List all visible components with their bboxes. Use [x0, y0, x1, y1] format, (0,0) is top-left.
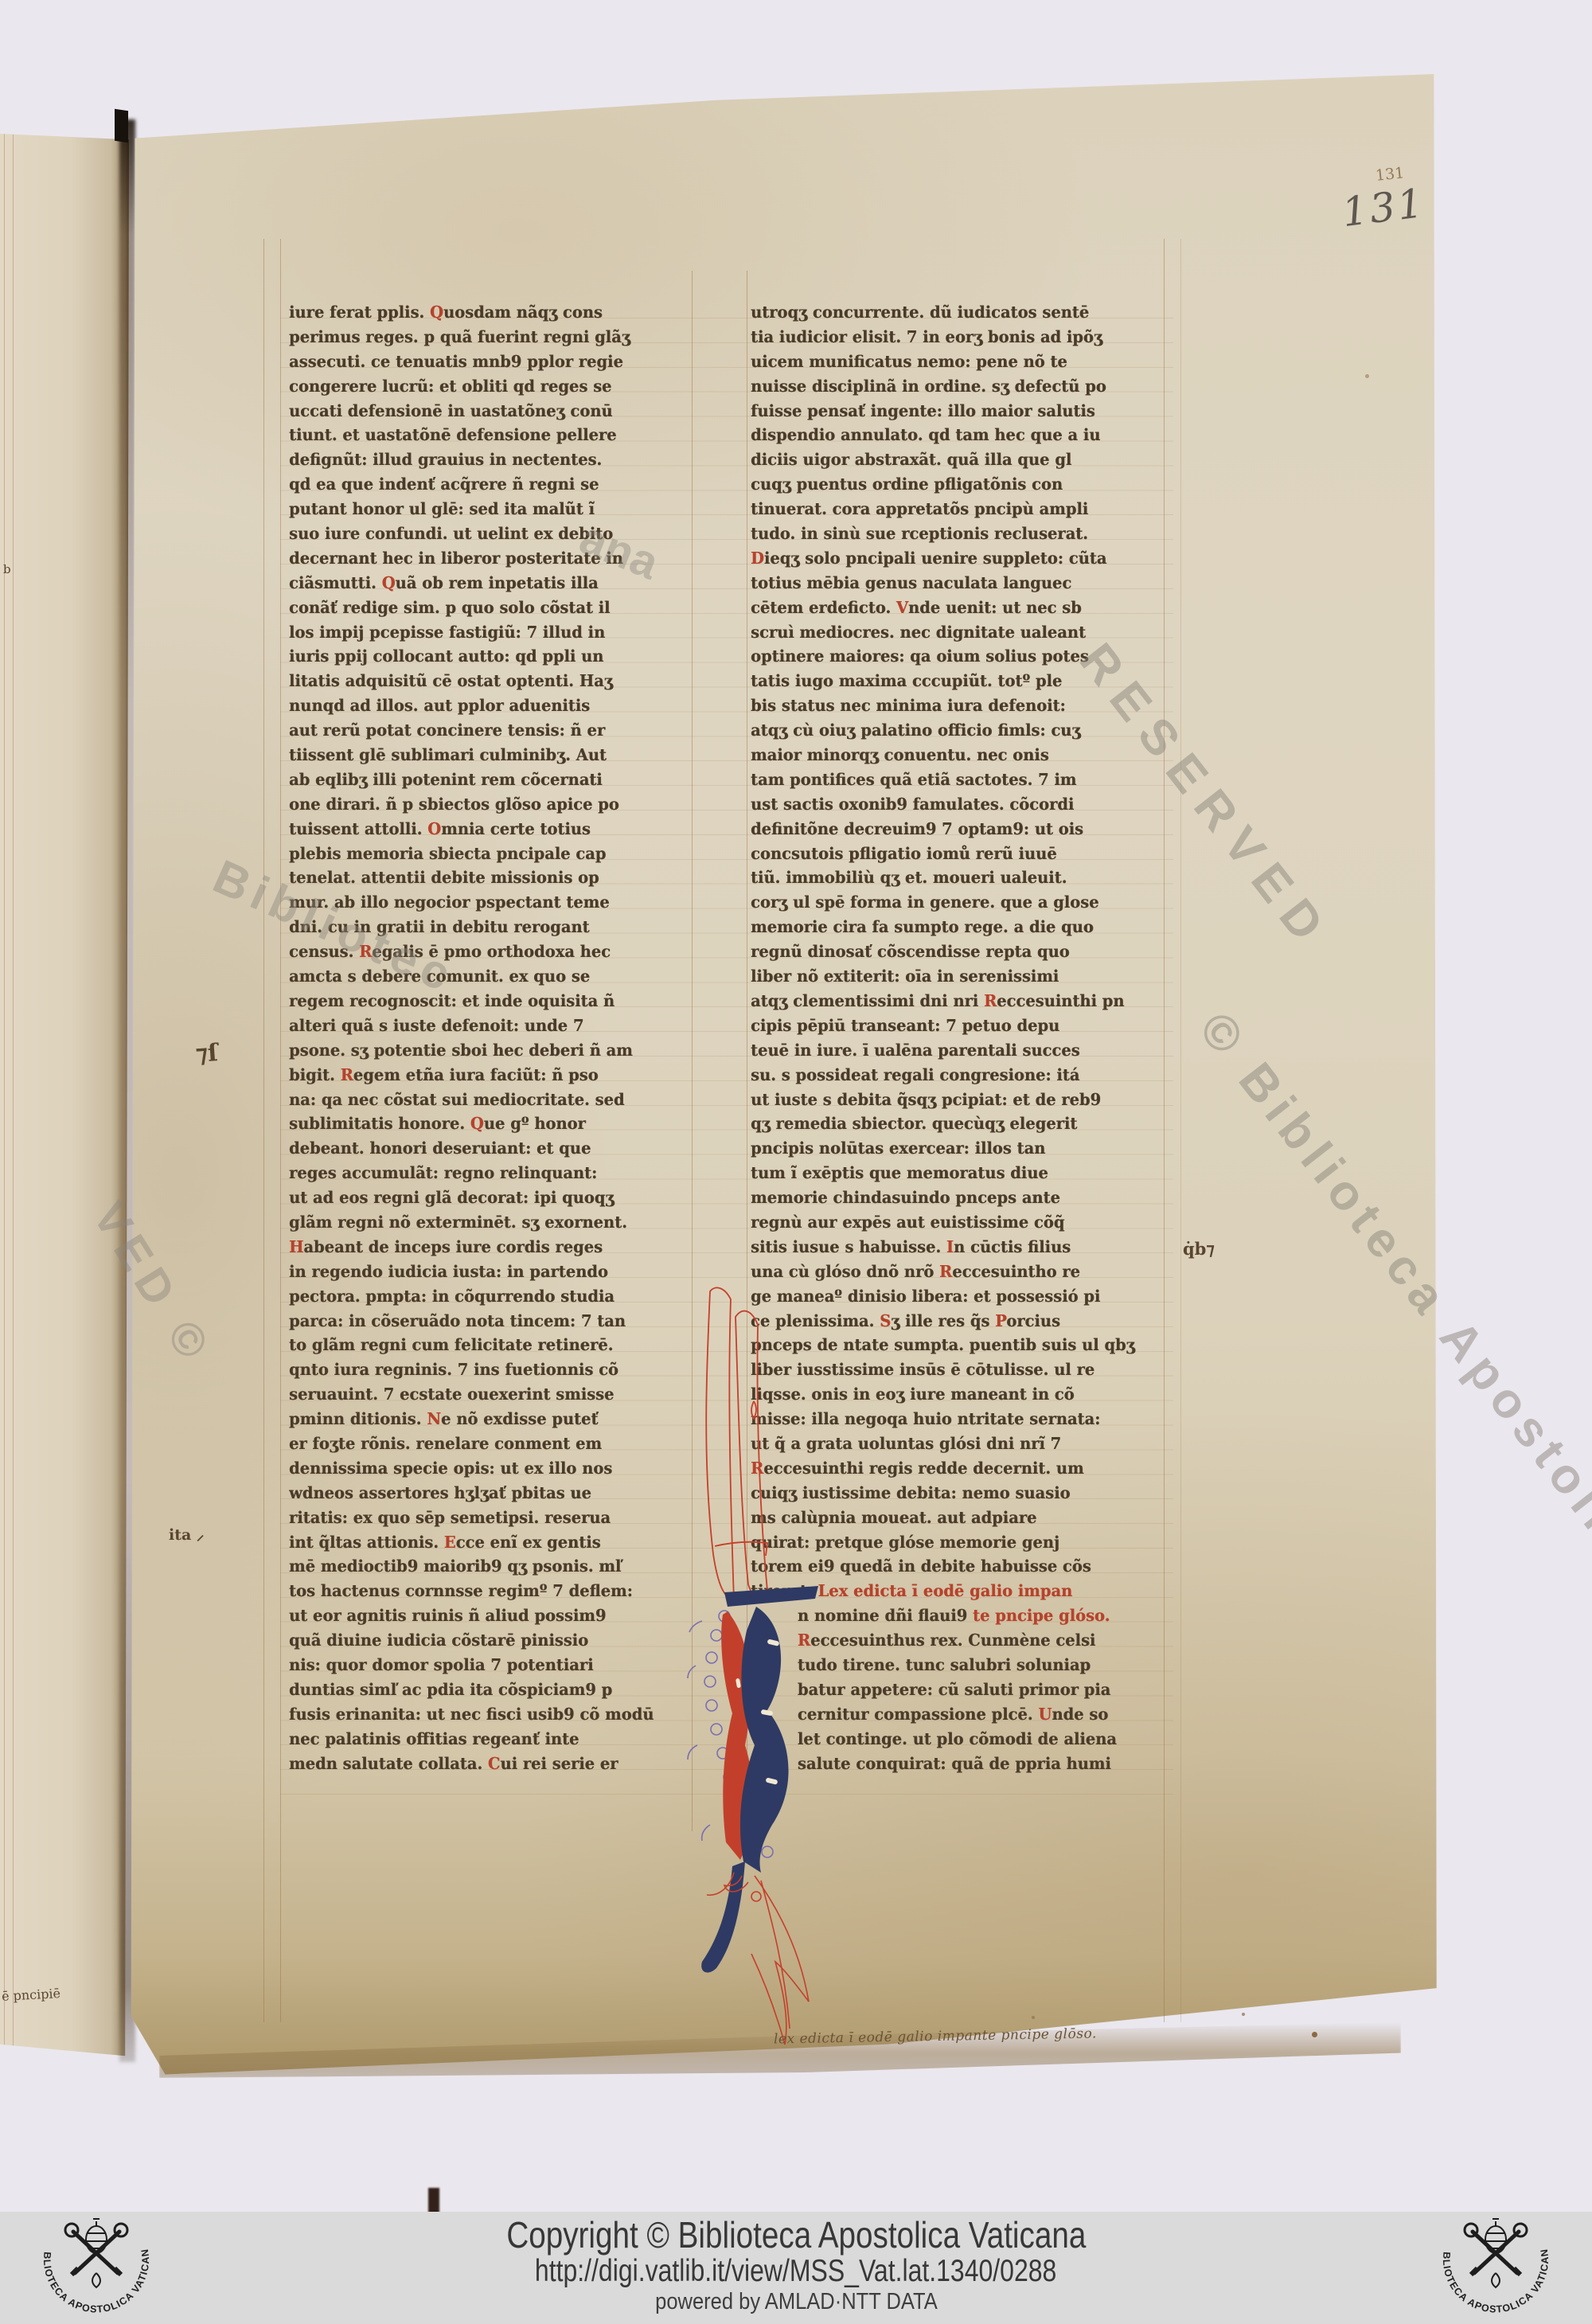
manuscript-text-line: qnto iura regninis. 7 ins fuetionnis cõ — [289, 1357, 671, 1382]
manuscript-text-line: tinuerat. cora appretatõs pncipù ampli — [751, 497, 1147, 521]
margin-ita-note: ita ⸝ — [169, 1524, 204, 1545]
manuscript-text-line: mē medioctib9 maiorib9 qʒ psonis. mľ — [289, 1554, 671, 1579]
manuscript-text-line: amcta s debere comunit. ex quo se — [289, 964, 671, 989]
manuscript-text-line: alteri quã s iuste defenoit: unde 7 — [289, 1014, 671, 1038]
manuscript-text-line: fusis erinanita: ut nec fisci usib9 cõ m… — [289, 1702, 671, 1727]
logo-arc-text: BIBLIOTECA APOSTOLICA VATICANA — [29, 2209, 151, 2315]
manuscript-text-line: utroqʒ concurrente. dũ iudicatos sentē — [751, 300, 1147, 325]
manuscript-text-line: pminn ditionis. Ne nõ exdisse puteť — [289, 1407, 671, 1432]
ink-speck — [1312, 2032, 1317, 2037]
manuscript-text-line: tiissent glē sublimari culminibʒ. Aut — [289, 743, 671, 768]
rubric-text: Q — [382, 573, 396, 592]
manuscript-text-line: er foʒte rõnis. renelare conment em — [289, 1432, 671, 1456]
manuscript-text-line: debeant. honori deseruiant: et que — [289, 1136, 671, 1161]
rubric-text: P — [995, 1311, 1006, 1330]
manuscript-text-line: nec palatinis offitias regeanť inte — [289, 1727, 671, 1752]
manuscript-text-line: bis status nec minima iura defenoit: — [751, 693, 1147, 718]
manuscript-text-line: tam pontifices quã etiã sactotes. 7 im — [751, 768, 1147, 792]
manuscript-text-line: tuissent attolli. Omnia certe totius — [289, 817, 671, 842]
binding-tab — [115, 109, 128, 143]
manuscript-text-line: bigit. Regem etña iura faciũt: ñ pso — [289, 1063, 671, 1088]
rubric-text: te pncipe glóso. — [973, 1606, 1110, 1625]
manuscript-text-line: sitis iusue s habuisse. In cūctis filius — [751, 1235, 1147, 1260]
manuscript-text-line: cētem erdeficto. Vnde uenit: ut nec sb — [751, 596, 1147, 620]
manuscript-text-line: su. s possideat regali congresione: itá — [751, 1063, 1147, 1088]
manuscript-text-line: int q̃ltas attionis. Ecce enĩ ex gentis — [289, 1530, 671, 1555]
manuscript-text-line: parca: in cõseruãdo nota tincem: 7 tan — [289, 1309, 671, 1334]
manuscript-text-line: pncipis nolūtas exercear: illos tan — [751, 1136, 1147, 1161]
manuscript-text-line: qʒ remedia sbiector. quecùqʒ elegerit — [751, 1111, 1147, 1136]
footer-bar: Copyright © Biblioteca Apostolica Vatica… — [0, 2212, 1592, 2324]
manuscript-text-line: scruì mediocres. nec dignitate ualeant — [751, 620, 1147, 645]
text-column-left: iure ferat pplis. Quosdam nãqʒ consperim… — [289, 300, 691, 1781]
manuscript-text-line: ab eqlibʒ illi potenint rem cõcernati — [289, 768, 671, 792]
rubric-text: V — [896, 598, 908, 617]
manuscript-text-line: liber nõ extiterit: oīa in serenissimi — [751, 964, 1147, 989]
rubric-text: R — [984, 991, 997, 1010]
manuscript-text-line: ut ad eos regni glã decorat: ipi quoqʒ — [289, 1185, 671, 1210]
manuscript-text-line: glãm regni nõ exterminēt. sʒ exornent. — [289, 1210, 671, 1235]
manuscript-text-line: defignũt: illud grauius in nectentes. — [289, 447, 671, 472]
manuscript-text-line: teuē in iure. ī ualēna parentali succes — [751, 1038, 1147, 1063]
manuscript-text-line: in regendo iudicia iusta: in partendo — [289, 1260, 671, 1284]
rubric-text: E — [444, 1533, 456, 1552]
logo-arc-text: BIBLIOTECA APOSTOLICA VATICANA — [1428, 2209, 1551, 2315]
manuscript-text-line: pectora. pmpta: in cõqurrendo studia — [289, 1284, 671, 1309]
manuscript-text-line: ut eor agnitis ruinis ñ aliud possim9 — [289, 1603, 671, 1628]
rubric-text: O — [427, 819, 441, 838]
manuscript-text-line: atqʒ cù oiuʒ palatino officio fimls: cuʒ — [751, 718, 1147, 743]
manuscript-text-line: memorie cira fa sumpto rege. a die quo — [751, 915, 1147, 939]
rubric-text: N — [427, 1409, 441, 1428]
ink-speck — [1032, 2016, 1035, 2019]
manuscript-text-line: na: qa nec cõstat sui mediocritate. sed — [289, 1088, 671, 1112]
footer-text-block: Copyright © Biblioteca Apostolica Vatica… — [239, 2217, 1353, 2314]
manuscript-text-line: corʒ ul spē forma in genere. que a glose — [751, 890, 1147, 915]
manuscript-text-line: plebis memoria sbiecta pncipale cap — [289, 842, 671, 866]
vatican-library-logo-right: BIBLIOTECA APOSTOLICA VATICANA — [1428, 2209, 1563, 2324]
vertical-ruling — [280, 239, 281, 2022]
manuscript-text-line: tenelat. attentii debite missionis op — [289, 865, 671, 890]
manuscript-text-line: cipis pēpiū transeant: 7 petuo depu — [751, 1014, 1147, 1038]
footer-powered-by: powered by AMLAD·NTT DATA — [655, 2290, 938, 2314]
manuscript-text-line: dispendio annulato. qd tam hec que a iu — [751, 423, 1147, 447]
manuscript-text-line: congerere lucrũ: et obliti qd reges se — [289, 374, 671, 399]
manuscript-text-line: putant honor ul glē: sed ita malũt ĩ — [289, 497, 671, 521]
manuscript-text-line: psone. sʒ potentie sboi hec deberi ñ am — [289, 1038, 671, 1063]
vatican-library-logo-left: BIBLIOTECA APOSTOLICA VATICANA — [29, 2209, 164, 2324]
manuscript-text-line: tudo. in sinù sue rceptionis recluserat. — [751, 521, 1147, 546]
manuscript-text-line: memorie chindasuindo pnceps ante — [751, 1185, 1147, 1210]
folio-number-ink: 131 — [1375, 164, 1405, 185]
sliver-ruling-line — [13, 134, 14, 2064]
sliver-margin-mark: b — [3, 562, 11, 576]
manuscript-text-line: regnũ dinosať cõscendisse repta quo — [751, 939, 1147, 964]
manuscript-text-line: ust sactis oxonib9 famulates. cõcordi — [751, 792, 1147, 817]
manuscript-text-line: quã diuine iudicia cõstarē pinissio — [289, 1628, 671, 1653]
previous-folio-edge — [0, 134, 129, 2064]
manuscript-photo: b ē pncipiē iure ferat pplis. Quosdam nã… — [0, 0, 1592, 2212]
manuscript-text-line: nis: quor domor spolia 7 potentiari — [289, 1653, 671, 1678]
manuscript-text-line: tiunt. et uastatõnē defensione pellere — [289, 423, 671, 447]
rubric-text: Q — [470, 1114, 484, 1133]
svg-text:BIBLIOTECA APOSTOLICA VATICANA: BIBLIOTECA APOSTOLICA VATICANA — [29, 2209, 151, 2315]
manuscript-text-line: duntias simľ ac pdia ita cõspiciam9 p — [289, 1678, 671, 1702]
manuscript-text-line: one dirari. ñ p sbiectos glõso apice po — [289, 792, 671, 817]
manuscript-text-line: reges accumulãt: regno relinquant: — [289, 1161, 671, 1185]
manuscript-text-line: maior minorqʒ conuentu. nec onis — [751, 743, 1147, 768]
manuscript-text-line: to glãm regni cum felicitate retinerē. — [289, 1333, 671, 1357]
manuscript-text-line: Dieqʒ solo pncipali uenire suppleto: cũt… — [751, 546, 1147, 571]
vertical-ruling — [1180, 239, 1181, 2022]
manuscript-text-line: ritatis: ex quo sēp semetipsi. reserua — [289, 1506, 671, 1530]
rubric-text: I — [946, 1237, 954, 1256]
manuscript-text-line: totius mēbia genus naculata languec — [751, 571, 1147, 596]
manuscript-text-line: Habeant de inceps iure cordis reges — [289, 1235, 671, 1260]
rubric-text: S — [880, 1311, 891, 1330]
manuscript-text-line: tum ĩ exēptis que memoratus diue — [751, 1161, 1147, 1185]
manuscript-text-line: conãť redige sim. p quo solo cõstat il — [289, 596, 671, 620]
footer-url: http://digi.vatlib.it/view/MSS_Vat.lat.1… — [535, 2256, 1056, 2288]
manuscript-text-line: cuqʒ puentus ordine pfligatõnis con — [751, 472, 1147, 497]
manuscript-text-line: fuisse pensať ingente: illo maior saluti… — [751, 399, 1147, 424]
rubric-text: D — [751, 549, 764, 568]
manuscript-text-line: ut iuste s debita q̃sqʒ pcipiat: et de r… — [751, 1088, 1147, 1112]
manuscript-text-line: perimus reges. p quã fuerint regni glãʒ — [289, 325, 671, 350]
rubric-text: C — [488, 1754, 501, 1773]
decorated-initial-I — [678, 1267, 877, 2048]
vertical-ruling — [263, 239, 264, 2022]
manuscript-text-line: litatis adquisitũ cē ostat optenti. Haʒ — [289, 669, 671, 693]
manuscript-text-line: tiũ. immobiliù qʒ et. moueri ualeuit. — [751, 865, 1147, 890]
sliver-margin-note: ē pncipiē — [2, 1986, 61, 2004]
manuscript-text-line: uccati defensionē in uastatõneʒ conū — [289, 399, 671, 424]
rubric-text: R — [939, 1262, 952, 1281]
svg-text:BIBLIOTECA APOSTOLICA VATICANA: BIBLIOTECA APOSTOLICA VATICANA — [1428, 2209, 1551, 2315]
margin-nota-mark: ⁊ſ — [195, 1039, 219, 1068]
manuscript-text-line: aut rerũ potat concinere tensis: ñ er — [289, 718, 671, 743]
manuscript-text-line: iuris ppij collocant autto: qd ppli un — [289, 644, 671, 669]
manuscript-text-line: atqʒ clementissimi dni nri Reccesuinthi … — [751, 989, 1147, 1014]
manuscript-text-line: regnù aur expēs aut euistissime cõq̃ — [751, 1210, 1147, 1235]
rubric-text: H — [289, 1237, 303, 1256]
manuscript-text-line: uicem munificatus nemo: pene nõ te — [751, 350, 1147, 374]
rubric-text: Q — [430, 303, 443, 322]
manuscript-text-line: definitõne decreuim9 7 optam9: ut ois — [751, 817, 1147, 842]
footer-copyright: Copyright © Biblioteca Apostolica Vatica… — [506, 2217, 1086, 2255]
manuscript-text-line: qd ea que indenť acq̃rere ñ regni se — [289, 472, 671, 497]
manuscript-text-line: medn salutate collata. Cui rei serie er — [289, 1752, 671, 1776]
manuscript-text-line: sublimitatis honore. Que gº honor — [289, 1111, 671, 1136]
margin-qb-note: q̇b⁊ — [1183, 1239, 1215, 1259]
manuscript-text-line: seruauint. 7 ecstate ouexerint smisse — [289, 1382, 671, 1407]
manuscript-text-line: dennissima specie opis: ut ex illo nos — [289, 1456, 671, 1481]
manuscript-text-line: wdneos assertores hʒlʒať pbitas ue — [289, 1481, 671, 1506]
manuscript-text-line: tia iudicior elisit. 7 in eorʒ bonis ad … — [751, 325, 1147, 350]
manuscript-text-line: nuisse disciplinã in ordine. sʒ defectũ … — [751, 374, 1147, 399]
manuscript-text-line: iure ferat pplis. Quosdam nãqʒ cons — [289, 300, 671, 325]
rubric-text: R — [341, 1065, 353, 1084]
manuscript-text-line: diciis uigor abstraxãt. quã illa que gl — [751, 447, 1147, 472]
ink-speck — [1365, 374, 1369, 378]
manuscript-text-line: regem recognoscit: et inde oquisita ñ — [289, 989, 671, 1014]
manuscript-text-line: nunqd ad illos. aut pplor aduenitis — [289, 693, 671, 718]
sliver-ruling-line — [4, 134, 5, 2064]
manuscript-text-line: assecuti. ce tenuatis mnb9 pplor regie — [289, 350, 671, 374]
manuscript-text-line: concsutois pfligatio iomů rerũ iuuē — [751, 842, 1147, 866]
manuscript-text-line: los impij pcepisse fastigiũ: 7 illud in — [289, 620, 671, 645]
manuscript-text-line: tos hactenus cornnsse regimº 7 deflem: — [289, 1579, 671, 1603]
rubric-text: U — [1038, 1705, 1052, 1724]
ink-speck — [1242, 2013, 1245, 2016]
